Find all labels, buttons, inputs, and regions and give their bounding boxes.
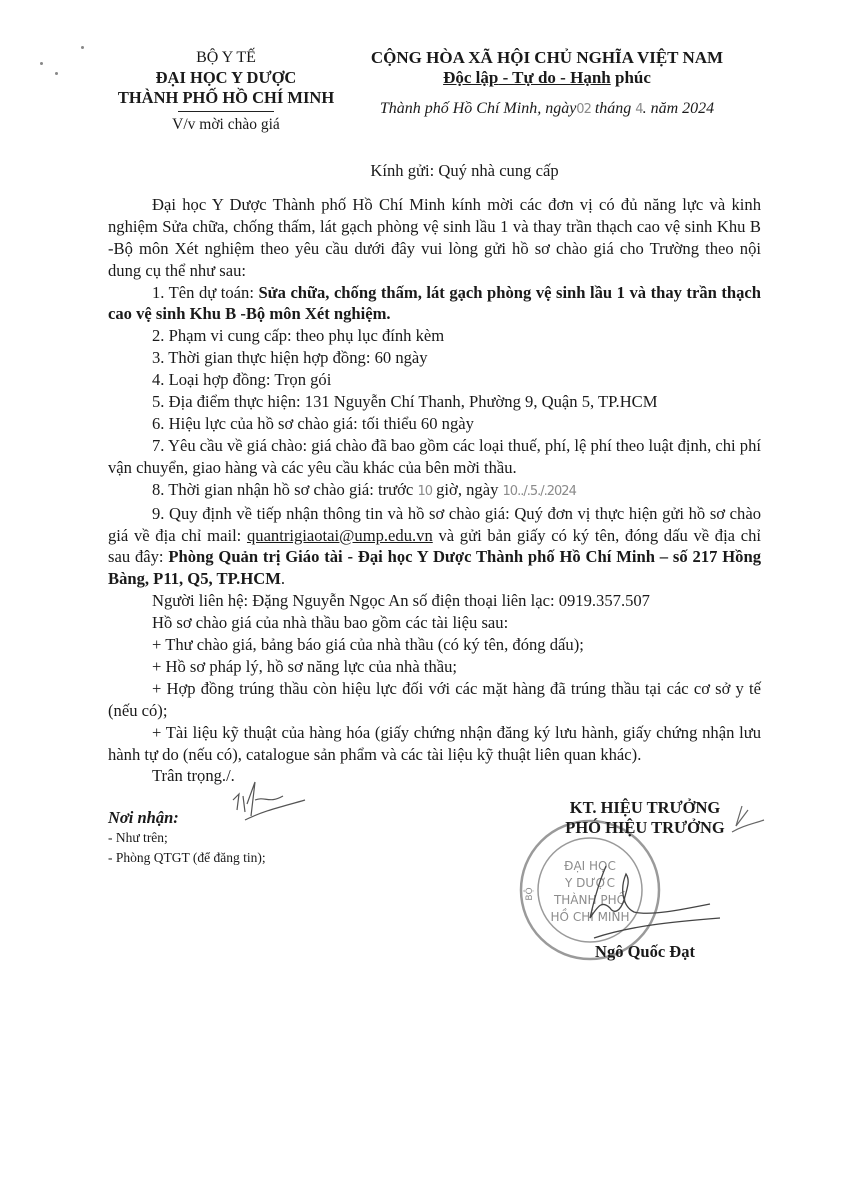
ministry-name: BỘ Y TẾ bbox=[100, 48, 352, 68]
item-9-address: Phòng Quản trị Giáo tài - Đại học Y Dược… bbox=[108, 547, 761, 588]
motto-part-2: Hạnh bbox=[570, 68, 611, 87]
item-1: 1. Tên dự toán: Sửa chữa, chống thấm, lá… bbox=[108, 282, 761, 326]
date-day-handwritten: 02 bbox=[576, 102, 591, 117]
national-header: CỘNG HÒA XÃ HỘI CHỦ NGHĨA VIỆT NAM Độc l… bbox=[352, 48, 742, 120]
motto-part-sep: - Tự do - bbox=[498, 68, 570, 87]
closing: Trân trọng./. bbox=[108, 765, 761, 787]
date-prefix: Thành phố Hồ Chí Minh, ngày bbox=[380, 100, 576, 117]
item-8-hour-handwritten: 10 bbox=[417, 484, 432, 499]
recipients-block: Nơi nhận: - Như trên; - Phòng QTGT (để đ… bbox=[108, 808, 428, 867]
motto-part-3: phúc bbox=[611, 68, 651, 87]
signer-name: Ngô Quốc Đạt bbox=[560, 942, 730, 962]
document-subject: V/v mời chào giá bbox=[100, 115, 352, 135]
item-7: 7. Yêu cầu về giá chào: giá chào đã bao … bbox=[108, 435, 761, 479]
date-month-label: tháng bbox=[591, 100, 635, 117]
date-year: . năm 2024 bbox=[643, 100, 715, 117]
item-1-label: 1. Tên dự toán: bbox=[152, 283, 258, 302]
signer-title-2: PHÓ HIỆU TRƯỞNG bbox=[530, 818, 760, 838]
documents-intro: Hồ sơ chào giá của nhà thầu bao gồm các … bbox=[108, 612, 761, 634]
country-name: CỘNG HÒA XÃ HỘI CHỦ NGHĨA VIỆT NAM bbox=[352, 48, 742, 68]
item-8-mid: giờ, ngày bbox=[432, 480, 503, 499]
document-item: + Tài liệu kỹ thuật của hàng hóa (giấy c… bbox=[108, 722, 761, 766]
item-9: 9. Quy định về tiếp nhận thông tin và hồ… bbox=[108, 503, 761, 591]
issuer-header: BỘ Y TẾ ĐẠI HỌC Y DƯỢC THÀNH PHỐ HỒ CHÍ … bbox=[100, 48, 352, 135]
contact-line: Người liên hệ: Đặng Nguyễn Ngọc An số đi… bbox=[108, 590, 761, 612]
item-5: 5. Địa điểm thực hiện: 131 Nguyễn Chí Th… bbox=[108, 391, 761, 413]
document-date: Thành phố Hồ Chí Minh, ngày02 tháng 4. n… bbox=[352, 99, 742, 120]
university-name-line2: THÀNH PHỐ HỒ CHÍ MINH bbox=[100, 88, 352, 108]
item-2: 2. Phạm vi cung cấp: theo phụ lục đính k… bbox=[108, 325, 761, 347]
letter-body: Kính gửi: Quý nhà cung cấp Đại học Y Dượ… bbox=[108, 160, 761, 787]
item-4: 4. Loại hợp đồng: Trọn gói bbox=[108, 369, 761, 391]
stamp-side-text: BỘ bbox=[523, 887, 535, 900]
national-motto: Độc lập - Tự do - Hạnh phúc bbox=[352, 68, 742, 88]
recipients-title: Nơi nhận: bbox=[108, 808, 428, 828]
recipient-item: - Phòng QTGT (để đăng tin); bbox=[108, 848, 428, 868]
intro-paragraph: Đại học Y Dược Thành phố Hồ Chí Minh kín… bbox=[108, 194, 761, 282]
item-8: 8. Thời gian nhận hồ sơ chào giá: trước … bbox=[108, 479, 761, 503]
signature-block: KT. HIỆU TRƯỞNG PHÓ HIỆU TRƯỞNG bbox=[530, 798, 760, 838]
date-month-handwritten: 4 bbox=[635, 102, 642, 117]
scan-speck bbox=[81, 46, 84, 49]
item-8-label: 8. Thời gian nhận hồ sơ chào giá: trước bbox=[152, 480, 417, 499]
document-item: + Hợp đồng trúng thầu còn hiệu lực đối v… bbox=[108, 678, 761, 722]
document-item: + Thư chào giá, bảng báo giá của nhà thầ… bbox=[108, 634, 761, 656]
email-link[interactable]: quantrigiaotai@ump.edu.vn bbox=[247, 526, 433, 545]
header-divider bbox=[178, 111, 274, 112]
signer-title-1: KT. HIỆU TRƯỞNG bbox=[530, 798, 760, 818]
salutation: Kính gửi: Quý nhà cung cấp bbox=[108, 160, 761, 182]
university-name-line1: ĐẠI HỌC Y DƯỢC bbox=[100, 68, 352, 88]
scan-speck bbox=[55, 72, 58, 75]
closing-text: Trân trọng./. bbox=[152, 766, 235, 785]
recipient-item: - Như trên; bbox=[108, 828, 428, 848]
motto-part-1: Độc lập bbox=[443, 68, 498, 87]
document-item: + Hồ sơ pháp lý, hồ sơ năng lực của nhà … bbox=[108, 656, 761, 678]
item-6: 6. Hiệu lực của hồ sơ chào giá: tối thiể… bbox=[108, 413, 761, 435]
handwritten-signature-icon bbox=[580, 860, 730, 950]
item-3: 3. Thời gian thực hiện hợp đồng: 60 ngày bbox=[108, 347, 761, 369]
item-9-end: . bbox=[281, 569, 285, 588]
scan-speck bbox=[40, 62, 43, 65]
item-8-date-handwritten: 10../.5./.2024 bbox=[503, 484, 576, 499]
